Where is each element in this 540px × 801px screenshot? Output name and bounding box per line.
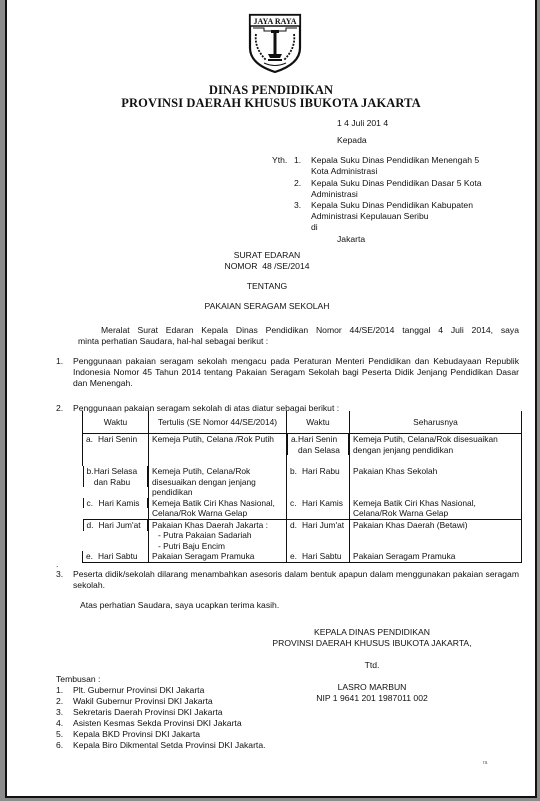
uniform-schedule-table: Waktu Tertulis (SE Nomor 44/SE/2014) Wak… [82, 411, 522, 563]
list-item: 2.Wakil Gubernur Provinsi DKI Jakarta [56, 696, 356, 707]
recipient-num-1: 1. [294, 155, 301, 166]
closing-text: Atas perhatian Saudara, saya ucapkan ter… [80, 600, 279, 611]
point1-num: 1. [56, 356, 63, 367]
table-row: b.Hari Selasa dan Rabu Kemeja Putih, Cel… [83, 466, 522, 498]
list-item: 1.Plt. Gubernur Provinsi DKI Jakarta [56, 685, 356, 696]
header-line1: DINAS PENDIDIKAN [7, 83, 535, 97]
letter-number: NOMOR 48 /SE/2014 [207, 261, 327, 272]
point1-text: Penggunaan pakaian seragam sekolah menga… [73, 356, 519, 389]
signatory-title1: KEPALA DINAS PENDIDIKAN [257, 627, 487, 638]
table-row: e.Hari Sabtu Pakaian Seragam Pramuka e.H… [83, 551, 522, 562]
yth-label: Yth. [272, 155, 287, 166]
list-item: 6.Kepala Biro Dikmental Setda Provinsi D… [56, 740, 356, 751]
document-page: JAYA RAYA DINAS PENDIDIKAN PROVINSI DAER… [5, 0, 537, 798]
header-line2: PROVINSI DAERAH KHUSUS IBUKOTA JAKARTA [7, 96, 535, 110]
point3-num: 3. [56, 569, 63, 580]
recipient-item-2: Kepala Suku Dinas Pendidikan Dasar 5 Kot… [311, 178, 521, 200]
ttd-label: Ttd. [257, 660, 487, 671]
list-item: 4.Asisten Kesmas Sekda Provinsi DKI Jaka… [56, 718, 356, 729]
list-item: 5.Kepala BKD Provinsi DKI Jakarta [56, 729, 356, 740]
jakarta-coat-of-arms-icon: JAYA RAYA [244, 12, 306, 74]
list-item: 3.Sekretaris Daerah Provinsi DKI Jakarta [56, 707, 356, 718]
recipient-num-3: 3. [294, 200, 301, 211]
col-header-tertulis: Tertulis (SE Nomor 44/SE/2014) [149, 411, 287, 434]
di-label: di [311, 222, 318, 233]
point3-text: Peserta didik/sekolah dilarang menambahk… [73, 569, 519, 591]
kepada-label: Kepada [337, 135, 367, 146]
table-row: d.Hari Jum'at Pakaian Khas Daerah Jakart… [83, 519, 522, 551]
letter-type: SURAT EDARAN [207, 250, 327, 261]
letter-date: 1 4 Juli 201 4 [337, 118, 388, 129]
point2-num: 2. [56, 403, 63, 414]
recipient-num-2: 2. [294, 178, 301, 189]
signatory-title2: PROVINSI DAERAH KHUSUS IBUKOTA JAKARTA, [257, 638, 487, 649]
tembusan-label: Tembusan : [56, 674, 100, 685]
table-row: a.Hari Senin Kemeja Putih, Celana /Rok P… [83, 434, 522, 467]
table-row: c.Hari Kamis Kemeja Batik Ciri Khas Nasi… [83, 498, 522, 520]
intro-paragraph: Meralat Surat Edaran Kepala Dinas Pendid… [78, 325, 519, 347]
recipient-city: Jakarta [337, 234, 365, 245]
col-header-waktu-2: Waktu [287, 411, 350, 434]
footer-mark: ra [483, 760, 487, 766]
recipient-item-3: Kepala Suku Dinas Pendidikan KabupatenAd… [311, 200, 521, 222]
col-header-seharusnya: Seharusnya [350, 411, 522, 434]
emblem-text: JAYA RAYA [253, 17, 296, 26]
tembusan-list: 1.Plt. Gubernur Provinsi DKI Jakarta 2.W… [56, 685, 356, 751]
letter-subject: PAKAIAN SERAGAM SEKOLAH [177, 301, 357, 312]
col-header-waktu-1: Waktu [83, 411, 149, 434]
recipient-item-1: Kepala Suku Dinas Pendidikan Menengah 5K… [311, 155, 521, 177]
tentang-label: TENTANG [207, 281, 327, 292]
